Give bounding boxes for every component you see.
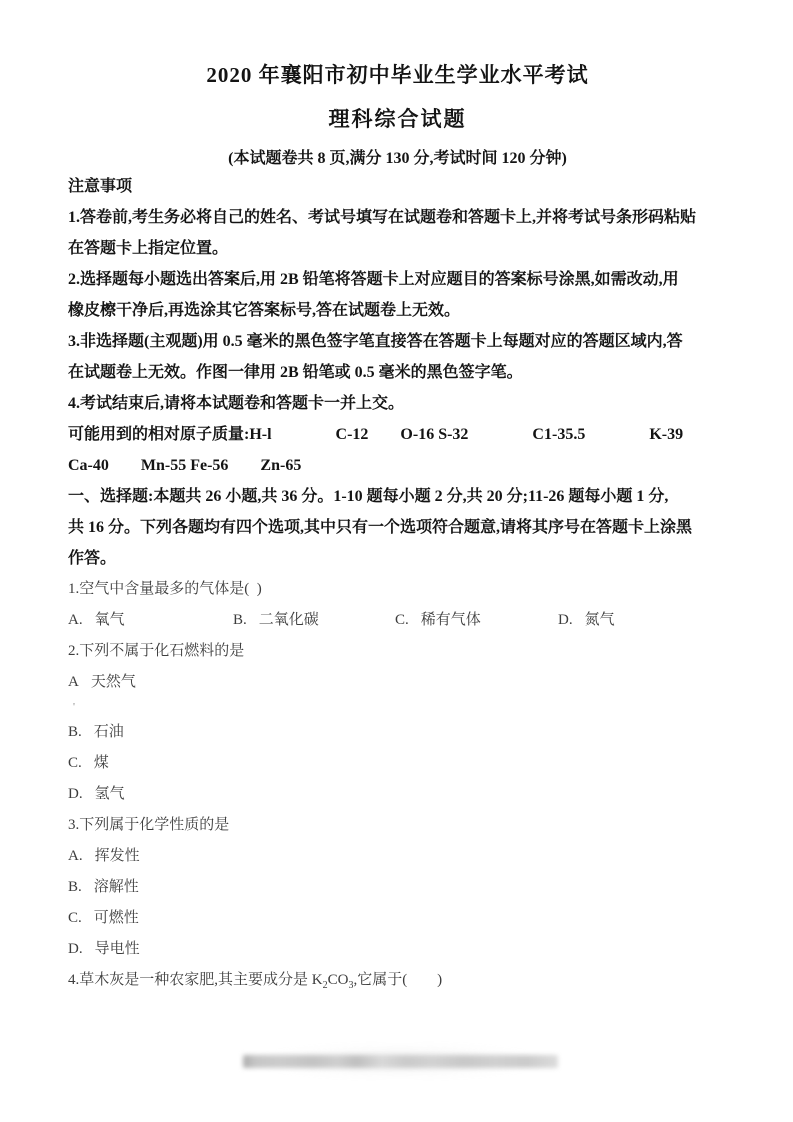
option-label: C.	[68, 903, 82, 934]
question-4-formula-mid: CO	[328, 972, 349, 988]
option-label: A.	[68, 605, 83, 636]
question-4-suffix: ,它属于( )	[353, 972, 442, 988]
atomic-masses-line-1: 可能用到的相对原子质量:H-l C-12 O-16 S-32 C1-35.5 K…	[68, 419, 727, 450]
option-text: 可燃性	[94, 910, 139, 926]
option-text: 导电性	[95, 941, 140, 957]
question-3-option-c: C.可燃性	[68, 903, 727, 934]
question-3-text: 3.下列属于化学性质的是	[68, 810, 727, 841]
option-text: 氧气	[95, 612, 125, 628]
notice-line-4: 橡皮檫干净后,再选涂其它答案标号,答在试题卷上无效。	[68, 295, 727, 326]
notice-line-2: 在答题卡上指定位置。	[68, 233, 727, 264]
option-label: D.	[68, 934, 83, 965]
question-3-option-d: D.导电性	[68, 934, 727, 965]
question-2-option-b: B.石油	[68, 717, 727, 748]
option-label: D.	[68, 779, 83, 810]
option-label: D.	[558, 605, 573, 636]
exam-meta-line: (本试题卷共 8 页,满分 130 分,考试时间 120 分钟)	[68, 147, 727, 171]
question-2-option-a: A天然气	[68, 667, 727, 698]
notice-heading: 注意事项	[68, 171, 727, 202]
option-text: 溶解性	[94, 879, 139, 895]
option-label: B.	[68, 872, 82, 903]
page-content: 2020 年襄阳市初中毕业生学业水平考试 理科综合试题 (本试题卷共 8 页,满…	[0, 0, 793, 996]
option-text: 二氧化碳	[259, 612, 319, 628]
section-one-heading-line-2: 共 16 分。下列各题均有四个选项,其中只有一个选项符合题意,请将其序号在答题卡…	[68, 512, 727, 543]
question-3-option-b: B.溶解性	[68, 872, 727, 903]
question-4-text: 4.草木灰是一种农家肥,其主要成分是 K2CO3,它属于( )	[68, 965, 727, 996]
notice-line-5: 3.非选择题(主观题)用 0.5 毫米的黑色签字笔直接答在答题卡上每题对应的答题…	[68, 326, 727, 357]
option-label: B.	[233, 605, 247, 636]
question-1-option-b: B.二氧化碳	[233, 605, 395, 636]
question-1-text: 1.空气中含量最多的气体是( )	[68, 574, 727, 605]
notice-line-7: 4.考试结束后,请将本试题卷和答题卡一并上交。	[68, 388, 727, 419]
section-one-heading-line-1: 一、选择题:本题共 26 小题,共 36 分。1-10 题每小题 2 分,共 2…	[68, 481, 727, 512]
question-1-option-d: D.氮气	[558, 605, 727, 636]
question-1-option-a: A.氧气	[68, 605, 233, 636]
blurred-watermark-bar	[243, 1055, 558, 1068]
atomic-masses-line-2: Ca-40 Mn-55 Fe-56 Zn-65	[68, 450, 727, 481]
option-text: 挥发性	[95, 848, 140, 864]
notice-line-3: 2.选择题每小题选出答案后,用 2B 铅笔将答题卡上对应题目的答案标号涂黑,如需…	[68, 264, 727, 295]
section-one-heading-line-3: 作答。	[68, 543, 727, 574]
option-text: 稀有气体	[421, 612, 481, 628]
notice-line-6: 在试题卷上无效。作图一律用 2B 铅笔或 0.5 毫米的黑色签字笔。	[68, 357, 727, 388]
question-2-option-c: C.煤	[68, 748, 727, 779]
option-label: A.	[68, 841, 83, 872]
question-2-option-d: D.氢气	[68, 779, 727, 810]
question-2-text: 2.下列不属于化石燃料的是	[68, 636, 727, 667]
question-3-option-a: A.挥发性	[68, 841, 727, 872]
exam-title: 2020 年襄阳市初中毕业生学业水平考试	[68, 60, 727, 90]
exam-subject-title: 理科综合试题	[68, 104, 727, 134]
question-1-option-c: C.稀有气体	[395, 605, 558, 636]
exam-paper-page: 2020 年襄阳市初中毕业生学业水平考试 理科综合试题 (本试题卷共 8 页,满…	[0, 0, 793, 1122]
option-label: C.	[68, 748, 82, 779]
option-text: 煤	[94, 755, 109, 771]
notice-line-1: 1.答卷前,考生务必将自己的姓名、考试号填写在试题卷和答题卡上,并将考试号条形码…	[68, 202, 727, 233]
question-1-options: A.氧气 B.二氧化碳 C.稀有气体 D.氮气	[68, 605, 727, 636]
option-label: B.	[68, 717, 82, 748]
option-text: 氢气	[95, 786, 125, 802]
option-text: 天然气	[91, 674, 136, 690]
option-text: 氮气	[585, 612, 615, 628]
option-label: C.	[395, 605, 409, 636]
option-text: 石油	[94, 724, 124, 740]
stray-scan-mark: '	[68, 698, 727, 717]
question-4-prefix: 4.草木灰是一种农家肥,其主要成分是 K	[68, 972, 323, 988]
option-label: A	[68, 667, 79, 698]
